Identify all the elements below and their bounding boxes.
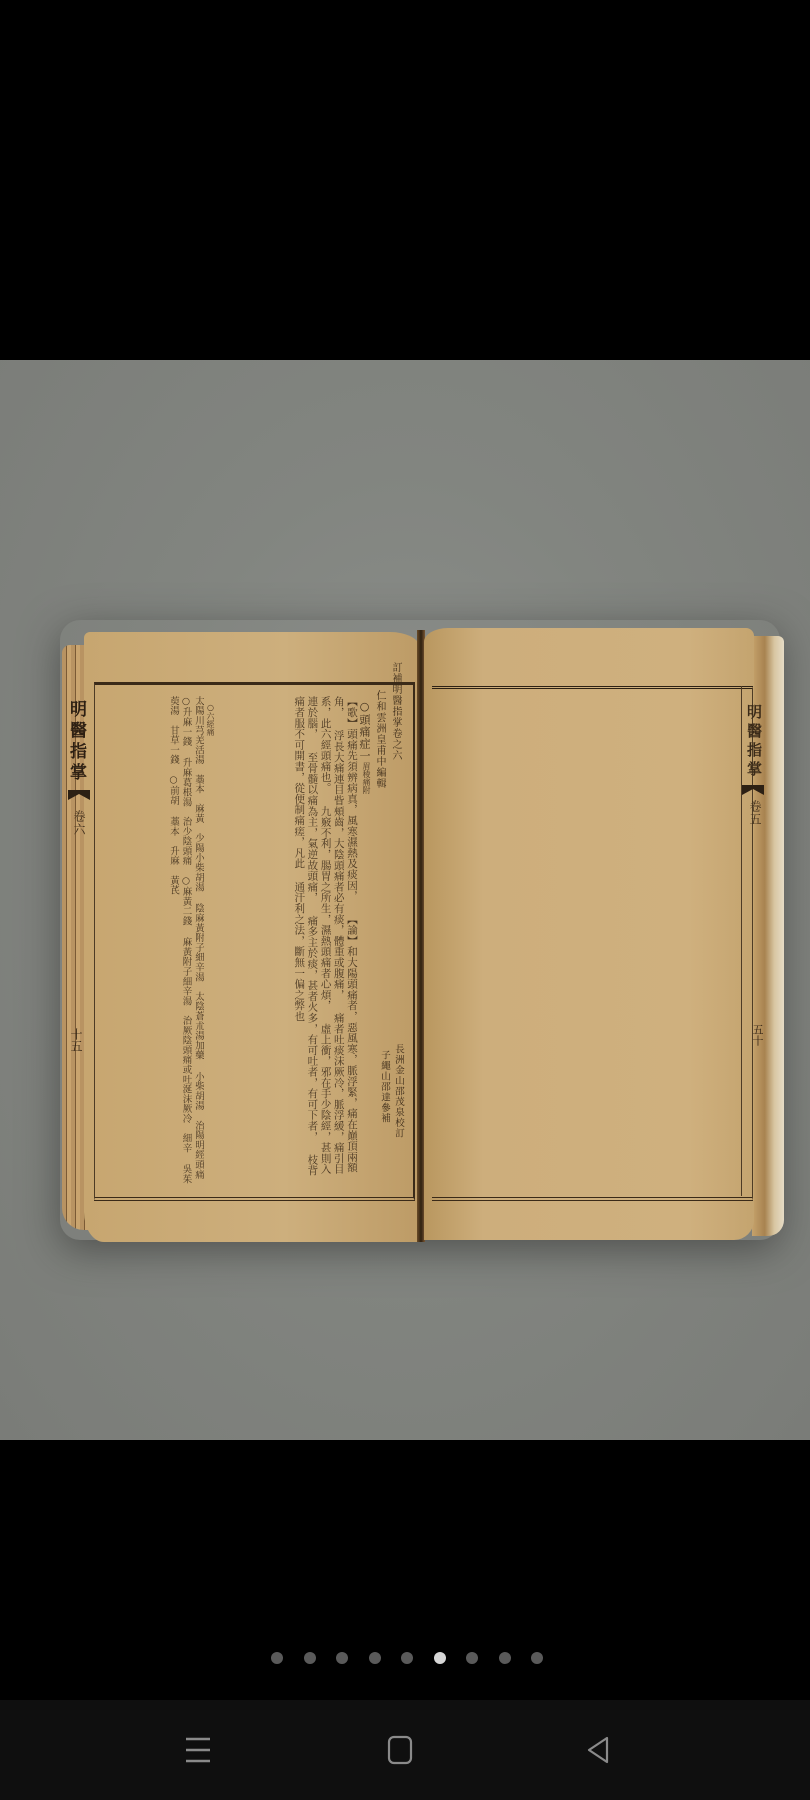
recent-apps-icon (183, 1735, 213, 1765)
main-text-block: 【歌】頭痛先須辨病真，風寒濕熱及痰因， 【論】和大陽頭痛者，惡風寒，脈浮緊，痛在… (218, 696, 358, 1176)
home-icon (385, 1735, 415, 1765)
formula-text-block: 太陽川芎羌活湯 藁本 麻黃 少陽小柴胡湯 陰麻黃附子細辛湯 太陰蒼朮湯加藥 小柴… (100, 696, 204, 1186)
back-icon (583, 1735, 613, 1765)
home-button[interactable] (380, 1732, 420, 1768)
section-note: 眉稜痛附 (362, 762, 371, 794)
pager-dot-8[interactable] (499, 1652, 511, 1664)
section-heading: ○頭痛症一 (358, 700, 371, 762)
right-page-margin-rule (741, 686, 742, 1196)
book-photo[interactable]: 明醫指掌 卷六 十五 訂補明醫指掌卷之六 仁和雲洲皇甫中編輯 ○頭痛症一 眉稜痛… (0, 360, 810, 1440)
compiler-line: 仁和雲洲皇甫中編輯 (373, 690, 386, 789)
pager-dot-5[interactable] (401, 1652, 413, 1664)
pager-dot-7[interactable] (466, 1652, 478, 1664)
editor-line-1: 長洲金山邵茂泉校訂 (392, 1044, 405, 1139)
pager-dot-6-active[interactable] (434, 1652, 446, 1664)
image-pager[interactable] (0, 1652, 810, 1672)
back-button[interactable] (578, 1732, 618, 1768)
right-spine-title: 明醫指掌 (744, 704, 765, 780)
pager-dot-2[interactable] (304, 1652, 316, 1664)
left-page-number: 十五 (68, 1028, 85, 1052)
recent-apps-button[interactable] (178, 1732, 218, 1768)
left-spine-volume: 卷六 (72, 810, 85, 836)
system-navigation-bar (0, 1700, 810, 1800)
pager-dot-9[interactable] (531, 1652, 543, 1664)
top-letterbox (0, 0, 810, 360)
pager-dot-4[interactable] (369, 1652, 381, 1664)
right-page-number: 五十 (749, 1024, 765, 1046)
editor-line-2: 子繩山邵達參補 (378, 1050, 391, 1124)
right-page-frame (432, 686, 753, 1201)
pager-dot-3[interactable] (336, 1652, 348, 1664)
right-spine-volume: 卷五 (748, 800, 761, 826)
pager-dot-1[interactable] (271, 1652, 283, 1664)
sub-heading: ○六經痛 (206, 703, 215, 736)
left-spine-title: 明醫指掌 (64, 700, 89, 784)
running-title: 訂補明醫指掌卷之六 (389, 662, 402, 761)
